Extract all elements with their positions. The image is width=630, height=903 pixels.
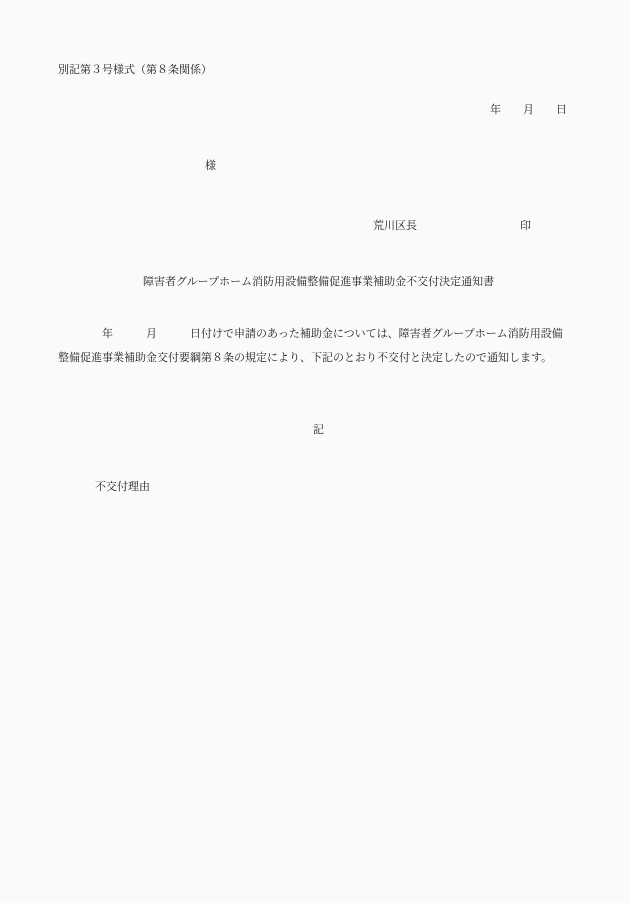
body-paragraph-line-2: 整備促進事業補助金交付要綱第８条の規定により、下記のとおり不交付と決定したので通… xyxy=(58,352,552,366)
document-title: 障害者グループホーム消防用設備整備促進事業補助金不交付決定通知書 xyxy=(143,276,494,290)
sender-name: 荒川区長 xyxy=(373,220,417,234)
record-marker: 記 xyxy=(313,424,324,438)
seal-mark: 印 xyxy=(520,220,531,234)
date-line: 年 月 日 xyxy=(490,104,567,118)
form-number-note: 別記第３号様式（第８条関係） xyxy=(58,64,212,78)
document-page: 別記第３号様式（第８条関係） 年 月 日 様 荒川区長 印 障害者グループホーム… xyxy=(0,0,630,903)
addressee-honorific: 様 xyxy=(205,160,216,174)
body-paragraph-line-1: 年 月 日付けで申請のあった補助金については、障害者グループホーム消防用設備 xyxy=(58,328,563,342)
rejection-reason-label: 不交付理由 xyxy=(95,481,150,495)
